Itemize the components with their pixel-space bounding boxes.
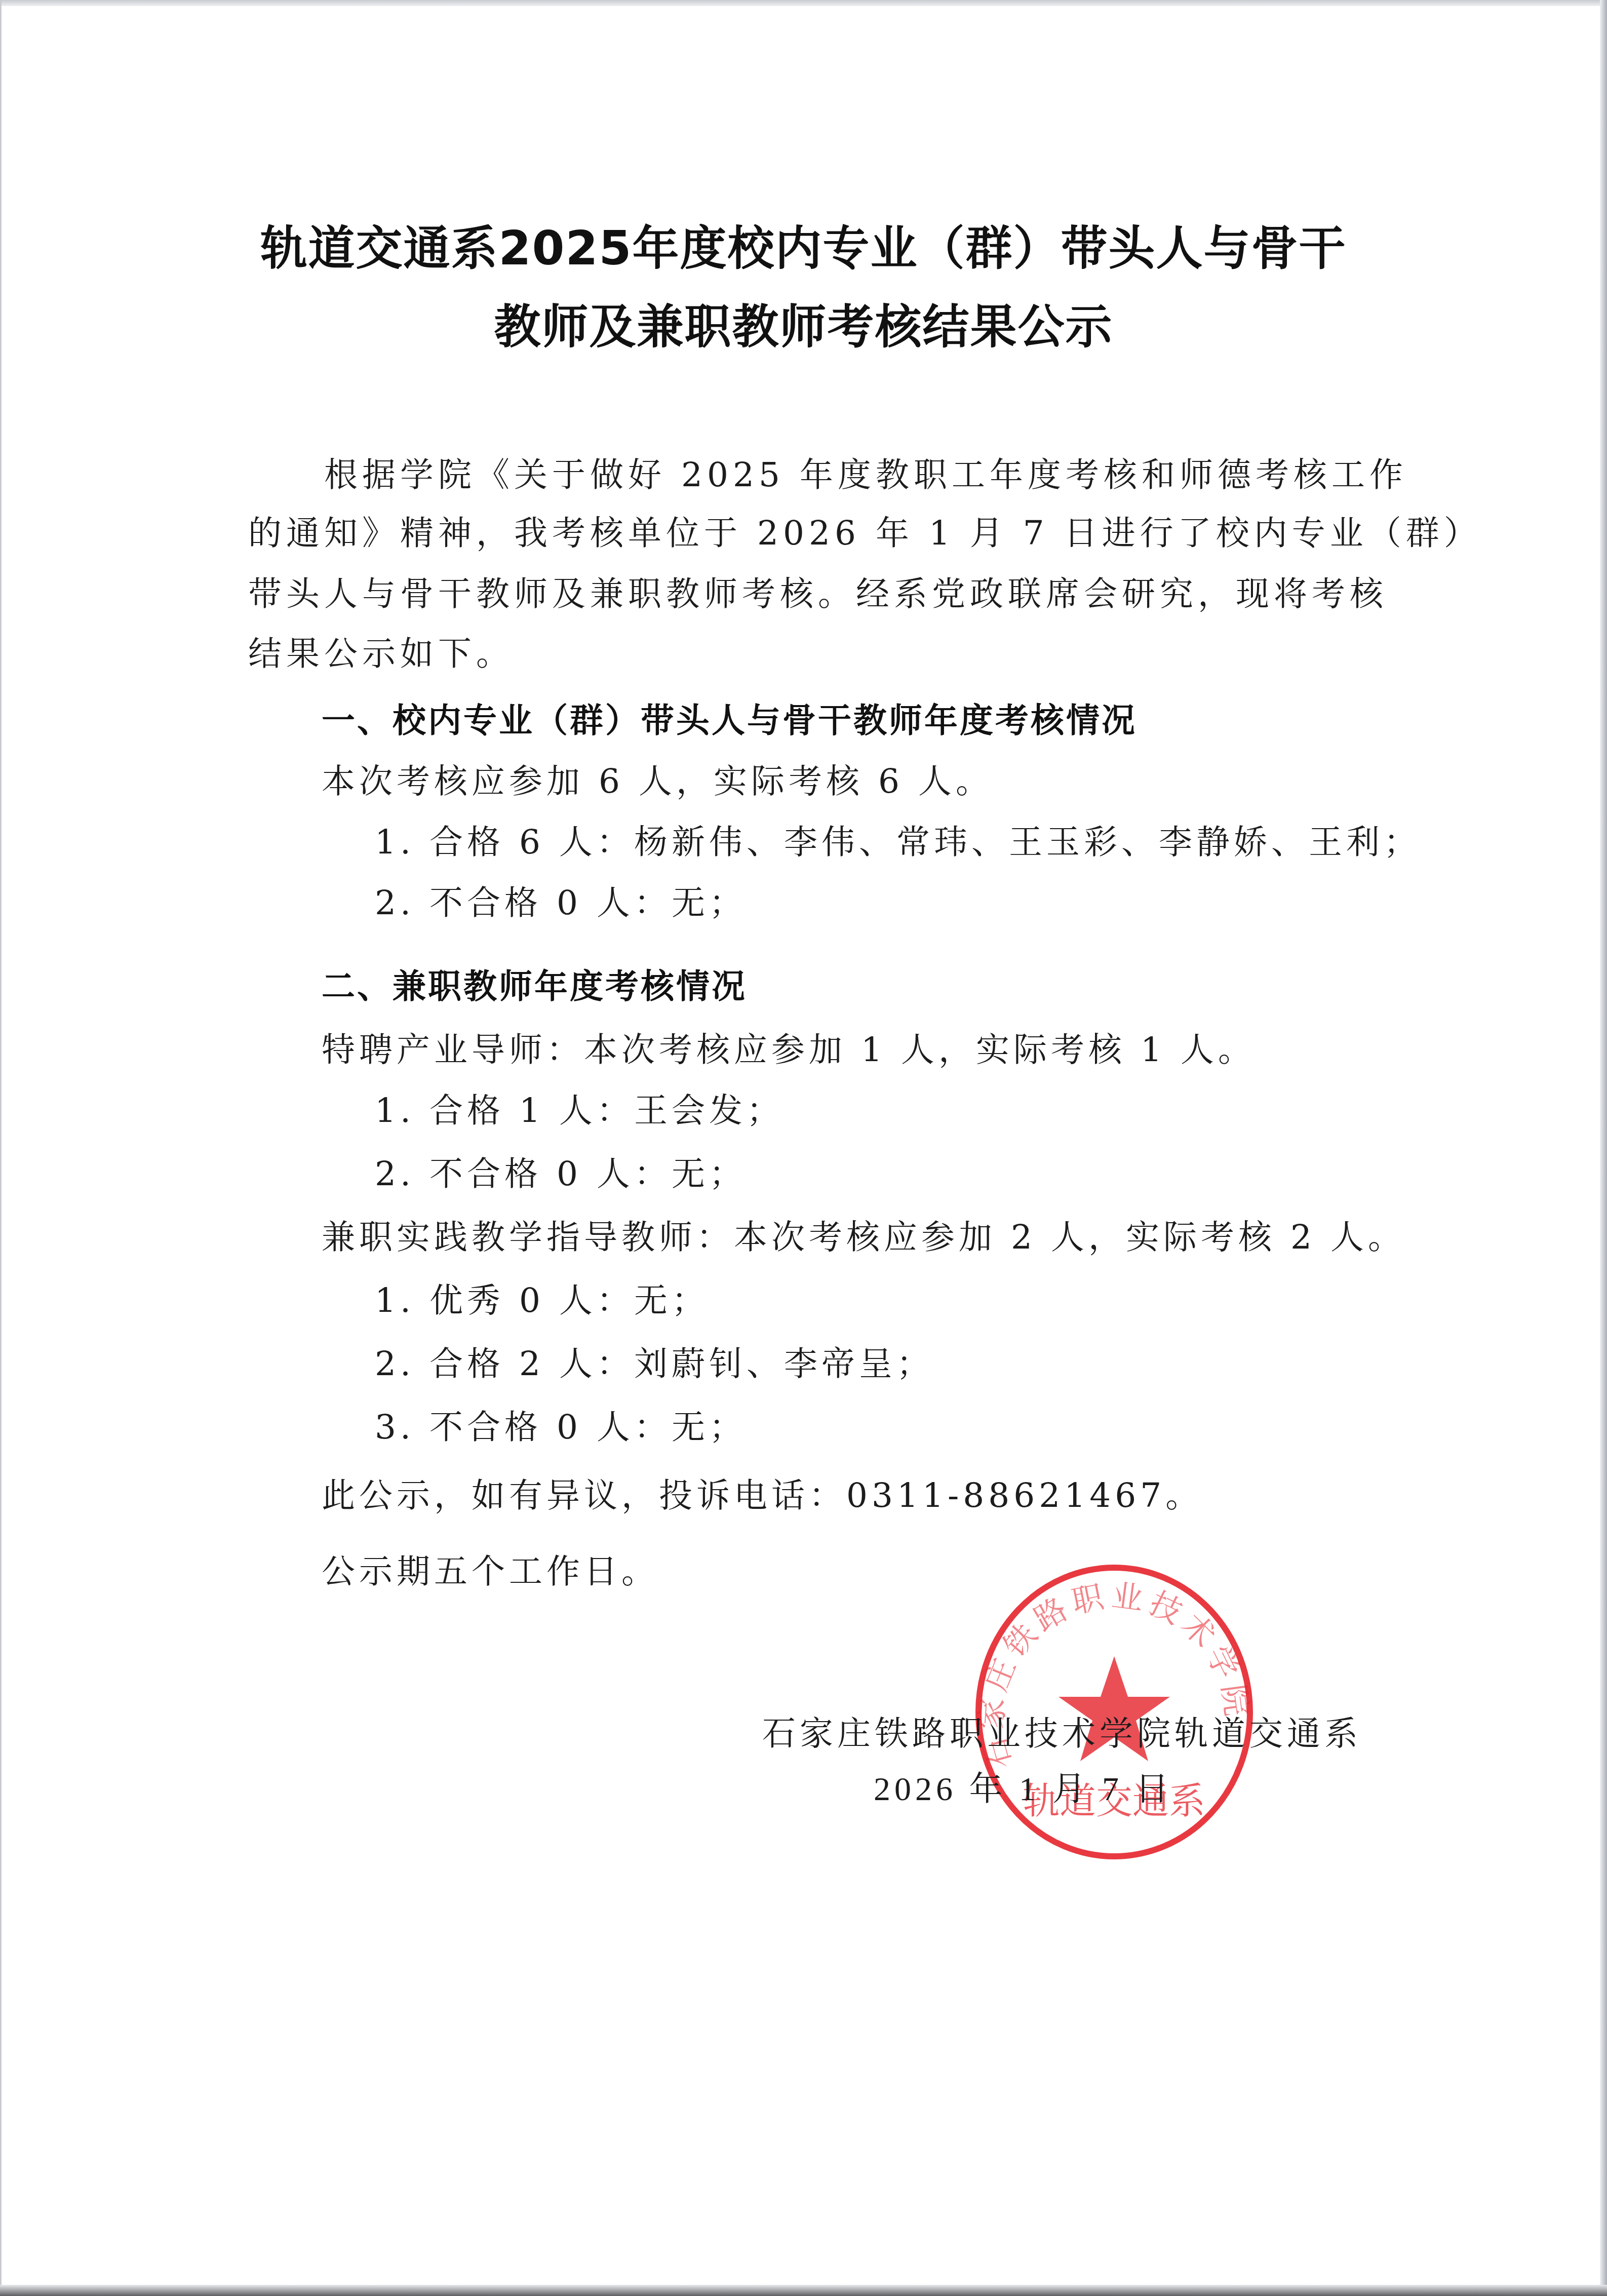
scan-edge-top	[0, 0, 1607, 6]
signature-date: 2026 年 1 月 7 日	[874, 1773, 1173, 1806]
period-line: 公示期五个工作日。	[322, 1555, 659, 1588]
document-title-line1: 轨道交通系2025年度校内专业（群）带头人与骨干	[0, 225, 1607, 272]
section2-group2-item-unqualified: 3. 不合格 0 人：无；	[375, 1411, 747, 1444]
section2-group2-item-qualified: 2. 合格 2 人：刘蔚钊、李帝呈；	[375, 1347, 934, 1381]
section2-group1-item-unqualified: 2. 不合格 0 人：无；	[375, 1157, 747, 1191]
intro-line-1: 根据学院《关于做好 2025 年度教职工年度考核和师德考核工作	[324, 458, 1448, 492]
intro-line-4: 结果公示如下。	[248, 637, 1373, 671]
section1-heading: 一、校内专业（群）带头人与骨干教师年度考核情况	[322, 704, 1137, 737]
section2-group1-item-qualified: 1. 合格 1 人：王会发；	[375, 1094, 784, 1127]
section2-heading: 二、兼职教师年度考核情况	[322, 970, 747, 1003]
intro-line-3: 带头人与骨干教师及兼职教师考核。经系党政联席会研究，现将考核	[248, 577, 1373, 611]
contact-line: 此公示，如有异议，投诉电话：0311-88621467。	[322, 1479, 1203, 1512]
section2-group2-summary: 兼职实践教学指导教师：本次考核应参加 2 人，实际考核 2 人。	[322, 1221, 1405, 1254]
scan-edge-bottom	[0, 2285, 1607, 2296]
signature-organization: 石家庄铁路职业技术学院轨道交通系	[762, 1717, 1362, 1750]
intro-line-2: 的通知》精神，我考核单位于 2026 年 1 月 7 日进行了校内专业（群）	[248, 517, 1373, 550]
section1-summary: 本次考核应参加 6 人，实际考核 6 人。	[322, 765, 993, 798]
official-seal-icon: 石家庄铁路职业技术学院 轨道交通系	[965, 1563, 1264, 1861]
section2-group2-item-excellent: 1. 优秀 0 人：无；	[375, 1284, 709, 1317]
section2-group1-summary: 特聘产业导师：本次考核应参加 1 人，实际考核 1 人。	[322, 1033, 1256, 1067]
document-title-line2: 教师及兼职教师考核结果公示	[0, 304, 1607, 351]
section1-item-unqualified: 2. 不合格 0 人：无；	[375, 886, 747, 920]
section1-item-qualified: 1. 合格 6 人：杨新伟、李伟、常玮、王玉彩、李静娇、王利；	[375, 826, 1421, 859]
